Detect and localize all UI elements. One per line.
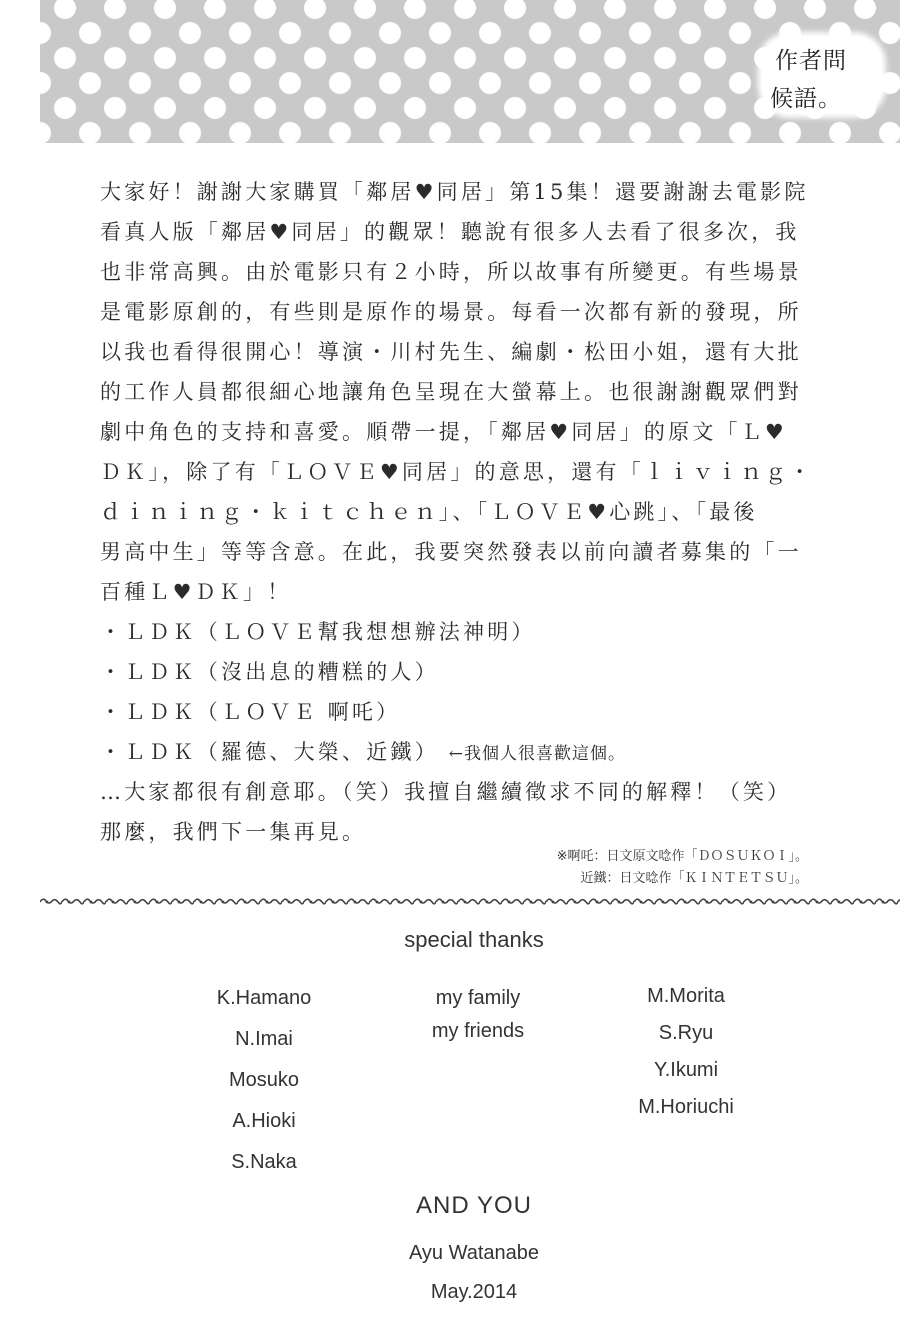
message-line: 劇中角色的支持和喜愛。順帶一提，「鄰居♥同居」的原文「Ｌ♥: [100, 412, 835, 452]
author-name: Ayu Watanabe: [0, 1242, 900, 1265]
ornamental-divider: [40, 896, 900, 906]
signature-date: May.2014: [0, 1281, 900, 1304]
message-line: ＤＫ」，除了有「ＬＯＶＥ♥同居」的意思，還有「ｌｉｖｉｎｇ・: [100, 452, 835, 492]
footnote: ※啊吒：日文原文唸作「ＤＯＳＵＫＯＩ」。: [557, 846, 808, 868]
author-message: 大家好！謝謝大家購買「鄰居♥同居」第15集！還要謝謝去電影院 看真人版「鄰居♥同…: [100, 172, 835, 852]
message-line: 的工作人員都很細心地讓角色呈現在大螢幕上。也很謝謝觀眾們對: [100, 372, 835, 412]
thanks-name: N.Imai: [184, 1024, 344, 1065]
ldk-list-item: ・ＬＤＫ（ＬＯＶＥ幫我想想辦法神明）: [100, 612, 835, 652]
message-line: 大家好！謝謝大家購買「鄰居♥同居」第15集！還要謝謝去電影院: [100, 172, 835, 212]
message-line: ｄｉｎｉｎｇ・ｋｉｔｃｈｅｎ」、「ＬＯＶＥ♥心跳」、「最後: [100, 492, 835, 532]
message-line: 男高中生」等等含意。在此，我要突然發表以前向讀者募集的「一: [100, 532, 835, 572]
footnotes: ※啊吒：日文原文唸作「ＤＯＳＵＫＯＩ」。 近鐵：日文唸作「ＫＩＮＴＥＴＳＵ」。: [557, 846, 808, 890]
footnote: 近鐵：日文唸作「ＫＩＮＴＥＴＳＵ」。: [557, 868, 808, 890]
message-line: 以我也看得很開心！導演・川村先生、編劇・松田小姐，還有大批: [100, 332, 835, 372]
special-thanks-heading: special thanks: [0, 927, 900, 953]
message-line: 看真人版「鄰居♥同居」的觀眾！聽說有很多人去看了很多次，我: [100, 212, 835, 252]
ldk-list-item: ・ＬＤＫ（ＬＯＶＥ 啊吒）: [100, 692, 835, 732]
thanks-name: my friends: [398, 1016, 558, 1049]
thanks-column-middle: my family my friends: [398, 983, 558, 1049]
thanks-name: M.Horiuchi: [606, 1094, 766, 1131]
page-title-line-2: 候語。: [770, 80, 842, 113]
thanks-name: S.Naka: [184, 1147, 344, 1188]
page-title-line-1: 作者問: [775, 42, 847, 75]
thanks-name: K.Hamano: [184, 983, 344, 1024]
thanks-column-left: K.Hamano N.Imai Mosuko A.Hioki S.Naka: [184, 983, 344, 1188]
thanks-name: my family: [398, 983, 558, 1016]
thanks-column-right: M.Morita S.Ryu Y.Ikumi M.Horiuchi: [606, 983, 766, 1131]
favorite-aside: ←我個人很喜歡這個。: [449, 744, 626, 764]
thanks-name: S.Ryu: [606, 1020, 766, 1057]
message-line: …大家都很有創意耶。（笑）我擅自繼續徵求不同的解釋！（笑）: [100, 772, 835, 812]
thanks-name: Mosuko: [184, 1065, 344, 1106]
ldk-list-item-text: ・ＬＤＫ（羅德、大榮、近鐵）: [100, 740, 439, 764]
message-line: 百種Ｌ♥ＤＫ」！: [100, 572, 835, 612]
thanks-name: M.Morita: [606, 983, 766, 1020]
thanks-name: A.Hioki: [184, 1106, 344, 1147]
and-you-text: AND YOU: [0, 1192, 900, 1220]
thanks-name: Y.Ikumi: [606, 1057, 766, 1094]
message-line: 是電影原創的，有些則是原作的場景。每看一次都有新的發現，所: [100, 292, 835, 332]
ldk-list-item: ・ＬＤＫ（沒出息的糟糕的人）: [100, 652, 835, 692]
ldk-list-item-favorite: ・ＬＤＫ（羅德、大榮、近鐵） ←我個人很喜歡這個。: [100, 732, 835, 772]
message-line: 也非常高興。由於電影只有２小時，所以故事有所變更。有些場景: [100, 252, 835, 292]
